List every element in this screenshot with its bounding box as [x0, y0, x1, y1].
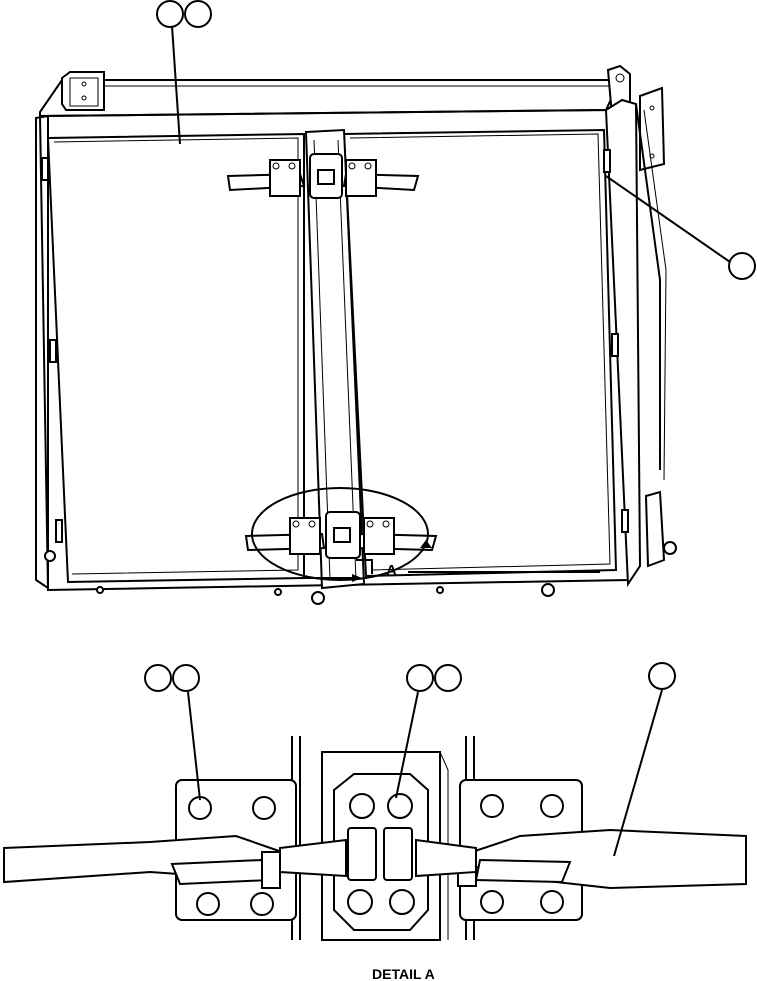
- detail-a-assembly: [4, 736, 746, 940]
- left-door: [48, 134, 304, 582]
- balloon-detail-right: [649, 663, 675, 689]
- parts-diagram: [0, 0, 757, 981]
- balloon-top-right: [729, 253, 755, 279]
- balloon-group-detail-left: [145, 665, 199, 691]
- section-marker-a: A: [386, 562, 397, 579]
- detail-caption: DETAIL A: [372, 966, 435, 981]
- frame-assembly: [36, 66, 676, 604]
- balloon-group-detail-center: [407, 665, 461, 691]
- right-door: [344, 130, 616, 576]
- balloon-group-top-pair: [157, 1, 211, 27]
